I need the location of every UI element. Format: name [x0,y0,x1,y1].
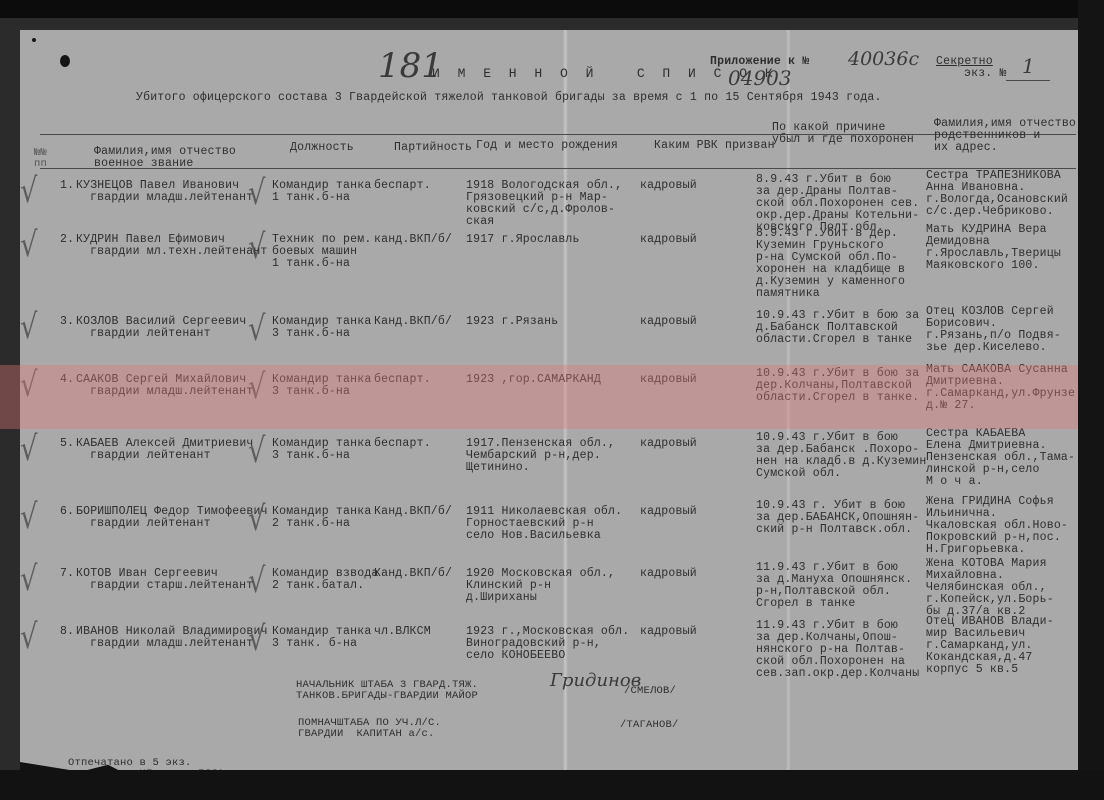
cause-and-burial: 10.9.43 г. Убит в бою за дер.БАБАНСК,Опо… [756,500,919,536]
scan-border-bottom [0,770,1104,800]
officer-position: Техник по рем. боевых машин 1 танк.б-на [272,234,371,270]
col-header-name: Фамилия,имя отчество военное звание [94,146,236,170]
officer-rank: гвардии младш.лейтенант [90,192,253,204]
checkmark-icon: √ [248,312,265,346]
col-header-birth: Год и место рождения [476,140,618,152]
header-rule-bottom [40,168,1076,169]
officer-rank: гвардии младш.лейтенант [90,638,253,650]
checkmark-icon: √ [20,174,37,208]
officer-rank: гвардии лейтенант [90,450,211,462]
party-membership: Канд.ВКП/б/ [374,316,452,328]
relatives-address: Сестра ТРАПЕЗНИКОВА Анна Ивановна. г.Вол… [926,170,1068,218]
checkmark-icon: √ [20,620,37,654]
draft-office: кадровый [640,234,697,246]
birth-year-place: 1917 г.Ярославль [466,234,580,246]
officer-rank: гвардии старш.лейтенант [90,580,253,592]
relatives-address: Жена ГРИДИНА Софья Ильинична. Чкаловская… [926,496,1068,556]
relatives-address: Мать СААКОВА Сусанна Дмитриевна. г.Самар… [926,364,1075,412]
checkmark-icon: √ [20,562,37,596]
copy-label: экз. № [964,68,1007,80]
col-header-party: Партийность [394,142,472,154]
cause-and-burial: 8.9.43 г.Убит в дер. Куземин Груньского … [756,228,905,300]
party-membership: чл.ВЛКСМ [374,626,431,638]
row-number: 1. [60,180,74,192]
officer-position: Командир танка 3 танк.б-на [272,438,371,462]
appendix-number: 40036с [848,48,919,70]
officer-position: Командир танка 3 танк.б-на [272,316,371,340]
birth-year-place: 1923 ,гор.САМАРКАНД [466,374,601,386]
col-header-relatives: Фамилия,имя отчество родственников и их … [934,118,1076,154]
signer1-name: /СМЕЛОВ/ [624,686,676,697]
document-title: И М Е Н Н О Й С П И С О К [432,68,778,80]
checkmark-icon: √ [20,310,37,344]
row-number: 7. [60,568,74,580]
party-membership: Канд.ВКП/б/ [374,568,452,580]
officer-rank: гвардии мл.техн.лейтенант [90,246,268,258]
row-number: 5. [60,438,74,450]
birth-year-place: 1911 Николаевская обл. Горностаевский р-… [466,506,622,542]
birth-year-place: 1918 Вологодская обл., Грязовецкий р-н М… [466,180,622,228]
relatives-address: Отец ИВАНОВ Влади- мир Васильевич г.Сама… [926,616,1054,676]
row-number: 3. [60,316,74,328]
birth-year-place: 1923 г.,Московская обл. Виноградовский р… [466,626,629,662]
copy-underline [1006,80,1050,81]
cause-and-burial: 11.9.43 г.Убит в бою за д.Мануха Опошнян… [756,562,912,610]
birth-year-place: 1917.Пензенская обл., Чембарский р-н,дер… [466,438,615,474]
relatives-address: Жена КОТОВА Мария Михайловна. Челябинска… [926,558,1054,618]
paper-hole [60,55,70,67]
header-rule-top [40,134,1076,135]
relatives-address: Отец КОЗЛОВ Сергей Борисович. г.Рязань,п… [926,306,1061,354]
row-number: 4. [60,374,74,386]
copy-number: 1 [1022,54,1035,78]
relatives-address: Мать КУДРИНА Вера Демидовна г.Ярославль,… [926,224,1061,272]
officer-position: Командир танка 2 танк.б-на [272,506,371,530]
officer-rank: гвардии лейтенант [90,328,211,340]
cause-and-burial: 10.9.43 г.Убит в бою за д.Бабанск Полтав… [756,310,919,346]
party-membership: беспарт. [374,438,431,450]
draft-office: кадровый [640,438,697,450]
birth-year-place: 1923 г.Рязань [466,316,558,328]
draft-office: кадровый [640,316,697,328]
officer-rank: гвардии лейтенант [90,518,211,530]
archive-number: 04903 [728,66,792,90]
officer-rank: гвардии младш.лейтенант [90,386,253,398]
row-number: 6. [60,506,74,518]
scan-border-right [1078,0,1104,800]
checkmark-icon: √ [20,500,37,534]
scan-border-top [0,0,1104,18]
officer-position: Командир взвода 2 танк.батал. [272,568,379,592]
document-page: 181 И М Е Н Н О Й С П И С О К Убитого оф… [20,30,1078,772]
cause-and-burial: 10.9.43 г.Убит в бою за дер.Колчаны,Полт… [756,368,919,404]
paper-hole [32,38,36,42]
party-membership: Канд.ВКП/б/ [374,506,452,518]
cause-and-burial: 11.9.43 г.Убит в бою за дер.Колчаны,Опош… [756,620,919,680]
col-header-num: №№ пп [34,148,47,170]
checkmark-icon: √ [20,368,37,402]
officer-position: Командир танка 1 танк.б-на [272,180,371,204]
cause-and-burial: 10.9.43 г.Убит в бою за дер.Бабанск .Пох… [756,432,926,480]
checkmark-icon: √ [20,228,37,262]
officer-position: Командир танка 3 танк.б-на [272,374,371,398]
party-membership: беспарт. [374,180,431,192]
officer-position: Командир танка 3 танк. б-на [272,626,371,650]
draft-office: кадровый [640,568,697,580]
signer2-name: /ТАГАНОВ/ [620,720,679,731]
party-membership: канд.ВКП/б/ [374,234,452,246]
cause-and-burial: 8.9.43 г.Убит в бою за дер.Драны Полтав-… [756,174,919,234]
checkmark-icon: √ [20,432,37,466]
col-header-rvk: Каким РВК призван [654,140,775,152]
relatives-address: Сестра КАБАЕВА Елена Дмитриевна. Пензенс… [926,428,1075,488]
col-header-death: По какой причине убыл и где похоронен [772,122,914,146]
draft-office: кадровый [640,626,697,638]
draft-office: кадровый [640,506,697,518]
signer2-title: ПОМНАЧШТАБА ПО УЧ.Л/С. ГВАРДИИ КАПИТАН а… [298,718,441,740]
row-number: 8. [60,626,74,638]
draft-office: кадровый [640,374,697,386]
col-header-position: Должность [290,142,354,154]
row-number: 2. [60,234,74,246]
document-subtitle: Убитого офицерского состава 3 Гвардейско… [136,92,882,104]
signer1-title: НАЧАЛЬНИК ШТАБА 3 ГВАРД.ТЯЖ. ТАНКОВ.БРИГ… [296,680,478,702]
draft-office: кадровый [640,180,697,192]
party-membership: беспарт. [374,374,431,386]
birth-year-place: 1920 Московская обл., Клинский р-н д.Шир… [466,568,615,604]
